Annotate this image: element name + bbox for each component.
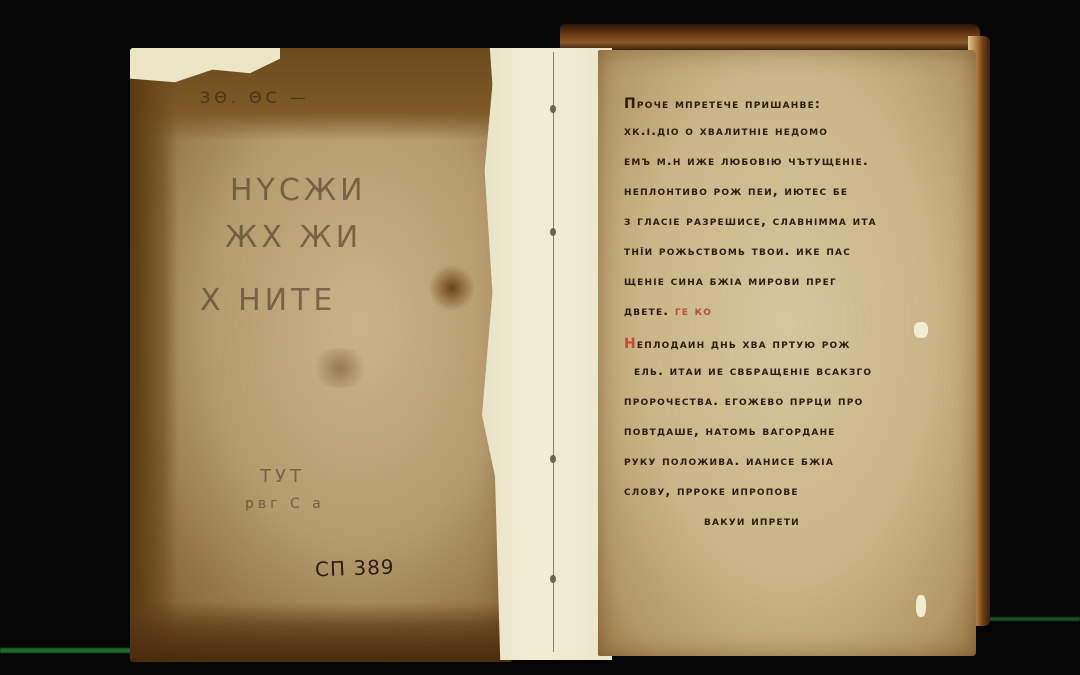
- text-line-10: ель. итаи ие свбращеніе всакзго: [624, 356, 964, 386]
- stitch-knot: [550, 105, 556, 113]
- line-text: еплодаин днь хва пртую рож: [637, 336, 851, 351]
- inscription-line-2: ЖХ ЖИ: [225, 220, 362, 255]
- shelfmark: СП 389: [315, 555, 395, 582]
- text-line-4: неплонтиво рож пеи, иютес бе: [624, 176, 964, 206]
- green-strip-left: [0, 648, 138, 653]
- water-stain-left: [130, 48, 178, 662]
- text-line-3: емъ м.н иже любовію чътущеніе.: [624, 146, 964, 176]
- stitch-knot: [550, 455, 556, 463]
- left-page: ЗΘ. ΘС — НҮСЖИ ЖХ ЖИ Х НИТЕ ТУТ рвг С а …: [130, 48, 512, 662]
- text-line-7: щеніе сина бжіа мирови прег: [624, 266, 964, 296]
- inscription-line-3: Х НИТЕ: [200, 283, 336, 318]
- stain-spot: [430, 263, 474, 313]
- binding-thread: [553, 52, 554, 652]
- stitch-knot: [550, 575, 556, 583]
- stain-spot: [310, 348, 370, 388]
- red-initial: Н: [624, 329, 637, 353]
- stitch-knot: [550, 228, 556, 236]
- text-line-1: Проче мпретече пришанве:: [624, 86, 964, 116]
- text-line-14: слову, прроке ипропове: [624, 476, 964, 506]
- green-strip-right: [985, 617, 1080, 621]
- paper-blot: [916, 595, 926, 617]
- line-text: двете.: [624, 303, 669, 318]
- text-line-15: вакуи ипрети: [624, 506, 964, 536]
- line-text: роче мпретече пришанве:: [637, 96, 821, 111]
- text-line-2: хк.і.діо о хвалитніе недомо: [624, 116, 964, 146]
- top-note: ЗΘ. ΘС —: [200, 88, 310, 107]
- binding-gutter: [482, 48, 612, 660]
- bottom-note-1: ТУТ: [260, 466, 305, 487]
- text-line-6: тнїи рожьствомь твои. ике пас: [624, 236, 964, 266]
- text-line-8: двете. ге ко: [624, 296, 964, 326]
- text-line-9: Неплодаин днь хва пртую рож: [624, 326, 964, 356]
- text-line-12: повтдаше, натомь вагордане: [624, 416, 964, 446]
- water-stain-bottom: [130, 602, 512, 662]
- right-page: Проче мпретече пришанве: хк.і.діо о хвал…: [598, 50, 976, 656]
- inscription-line-1: НҮСЖИ: [230, 173, 367, 208]
- text-line-11: пророчества. егожево пррци про: [624, 386, 964, 416]
- rubric-text: ге ко: [675, 303, 712, 318]
- text-line-5: з гласіе разрешисе, славнімма ита: [624, 206, 964, 236]
- text-line-13: руку положива. ианисе бжіа: [624, 446, 964, 476]
- page-edges-top: [560, 24, 980, 50]
- drop-initial: П: [624, 89, 637, 113]
- manuscript-text: Проче мпретече пришанве: хк.і.діо о хвал…: [624, 86, 964, 536]
- bottom-note-2: рвг С а: [245, 496, 325, 512]
